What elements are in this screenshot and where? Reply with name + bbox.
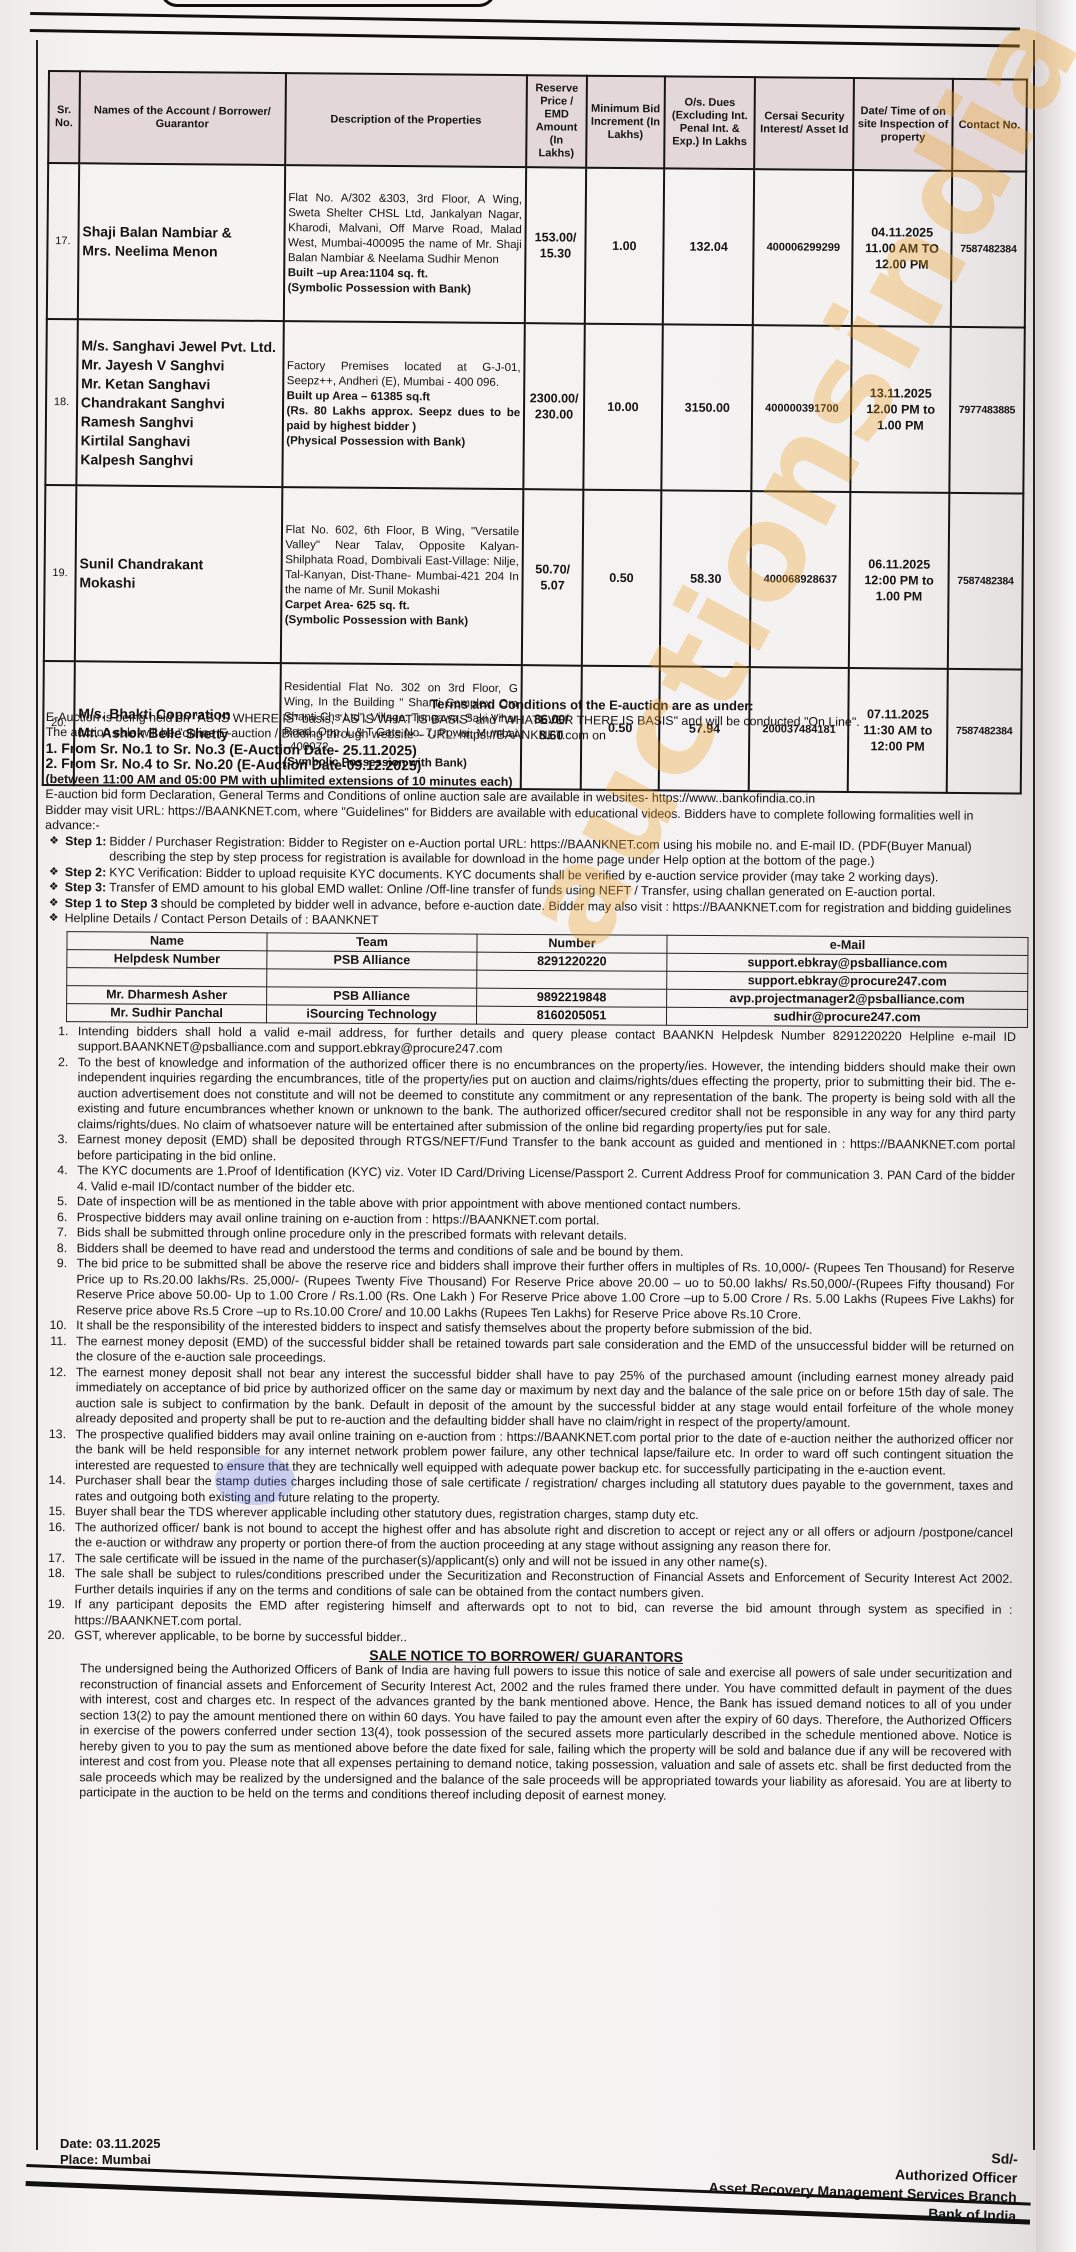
outstanding-dues: 58.30 (660, 490, 752, 667)
inspection-datetime: 13.11.2025 12.00 PM to 1.00 PM (851, 326, 951, 493)
property-detail: (Rs. 80 Lakhs approx. Seepz dues to be p… (286, 404, 520, 436)
borrower-names: Shaji Balan Nambiar &Mrs. Neelima Menon (78, 163, 285, 321)
property-description: Flat No. A/302 &303, 3rd Floor, A Wing, … (283, 165, 526, 323)
contact-number: 7587482384 (948, 493, 1024, 670)
page-edge-shadow (1036, 0, 1076, 2252)
notice-date: Date: 03.11.2025 (60, 2136, 160, 2152)
contact-number: 7587482384 (951, 171, 1026, 328)
property-detail: Built –up Area:1104 sq. ft. (288, 266, 522, 283)
col-header-sr: Sr. No. (48, 71, 80, 163)
property-description: Factory Premises located at G-J-01, Seep… (282, 321, 525, 489)
helpdesk-name: Mr. Sudhir Panchal (67, 1003, 267, 1022)
col-header-increment: Minimum Bid Increment (In Lakhs) (586, 76, 665, 169)
diamond-bullet-icon: ❖ (49, 880, 65, 896)
serial-number: 18. (45, 319, 77, 485)
contact-number: 7977483885 (949, 327, 1025, 494)
condition-item: The earnest money deposit (EMD) of the s… (70, 1334, 1014, 1371)
cersai-asset-id: 400068928637 (750, 491, 850, 668)
condition-item: The earnest money deposit shall not bear… (70, 1365, 1014, 1433)
serial-number: 17. (47, 163, 79, 319)
condition-item: The authorized officer/ bank is not boun… (69, 1520, 1013, 1557)
diamond-bullet-icon: ❖ (49, 911, 65, 927)
min-bid-increment: 10.00 (583, 324, 663, 491)
table-row: 19.Sunil ChandrakantMokashiFlat No. 602,… (44, 485, 1023, 670)
helpdesk-col-header: e-Mail (667, 935, 1028, 955)
property-description: Flat No. 602, 6th Floor, B Wing, "Versat… (280, 487, 523, 665)
reserve-price-emd: 50.70/ 5.07 (522, 489, 583, 666)
col-header-dues: O/s. Dues (Excluding Int. Penal Int. & E… (664, 76, 755, 169)
helpdesk-col-header: Team (267, 932, 477, 951)
helpdesk-number: 9892219848 (477, 988, 667, 1007)
helpdesk-table: NameTeamNumbere-MailHelpdesk NumberPSB A… (66, 931, 1029, 1028)
borrower-name: Kalpesh Sanghvi (80, 450, 278, 471)
helpdesk-name: Mr. Dharmesh Asher (67, 985, 267, 1004)
borrower-name: M/s. Sanghavi Jewel Pvt. Ltd. (81, 336, 279, 357)
helpdesk-number: 8160205051 (476, 1006, 666, 1025)
borrower-name: Mokashi (79, 573, 277, 594)
step-label: Step 1 to Step 3 (65, 896, 158, 912)
min-bid-increment: 0.50 (582, 490, 662, 667)
helpdesk-number: 8291220220 (477, 952, 667, 971)
borrower-names: M/s. Sanghavi Jewel Pvt. Ltd.Mr. Jayesh … (76, 319, 283, 487)
conditions-list: Intending bidders shall hold a valid e-m… (40, 1023, 1016, 1649)
cersai-asset-id: 400000391700 (752, 325, 852, 492)
min-bid-increment: 1.00 (585, 168, 665, 325)
diamond-bullet-icon: ❖ (49, 865, 65, 881)
property-detail: (Symbolic Possession with Bank) (285, 613, 519, 630)
table-header-row: Sr. No. Names of the Account / Borrower/… (48, 71, 1027, 172)
helpdesk-team: iSourcing Technology (266, 1004, 476, 1023)
inspection-datetime: 04.11.2025 11.00 AM TO 12.00 PM (852, 170, 952, 327)
borrower-name: Ramesh Sanghvi (81, 412, 279, 433)
outstanding-dues: 3150.00 (661, 324, 753, 491)
condition-item: The bid price to be submitted shall be a… (70, 1256, 1014, 1324)
diamond-bullet-icon: ❖ (49, 896, 65, 912)
helpdesk-name: Helpdesk Number (67, 949, 267, 968)
condition-item: To the best of knowledge and information… (71, 1055, 1015, 1138)
property-address: Flat No. 602, 6th Floor, B Wing, "Versat… (285, 524, 519, 597)
col-header-contact: Contact No. (952, 79, 1027, 172)
helpdesk-email[interactable]: support.ebkray@procure247.com (667, 971, 1028, 991)
helpdesk-email[interactable]: sudhir@procure247.com (666, 1007, 1027, 1027)
helpdesk-col-header: Number (477, 934, 667, 953)
property-detail: (Physical Possession with Bank) (286, 434, 520, 451)
condition-item: The prospective qualified bidders may av… (69, 1427, 1013, 1479)
footer-date-place: Date: 03.11.2025 Place: Mumbai (60, 2136, 160, 2168)
step-label: Step 3: (65, 880, 106, 896)
table-row: 18.M/s. Sanghavi Jewel Pvt. Ltd.Mr. Jaye… (45, 319, 1024, 494)
col-header-inspection: Date/ Time of on site Inspection of prop… (853, 78, 953, 171)
table-row: 17.Shaji Balan Nambiar &Mrs. Neelima Men… (47, 163, 1026, 328)
col-header-asset-id: Cersai Security Interest/ Asset Id (755, 77, 855, 170)
property-address: Factory Premises located at G-J-01, Seep… (287, 360, 521, 389)
top-border-tab (160, 0, 496, 7)
borrower-name: Sunil Chandrakant (79, 554, 277, 575)
helpdesk-team (267, 968, 477, 987)
helpdesk-col-header: Name (67, 931, 267, 950)
condition-item: Intending bidders shall hold a valid e-m… (72, 1024, 1016, 1061)
helpdesk-number (477, 970, 667, 989)
step-label: Step 2: (65, 865, 106, 881)
sale-notice-body: The undersigned being the Authorized Off… (39, 1661, 1012, 1806)
borrower-name: Kirtilal Sanghavi (81, 431, 279, 452)
property-detail: Carpet Area- 625 sq. ft. (285, 598, 519, 615)
borrower-name: Shaji Balan Nambiar & (82, 222, 280, 243)
inspection-datetime: 06.11.2025 12:00 PM to 1.00 PM (849, 492, 949, 669)
step-label: Step 1: (65, 834, 107, 865)
reserve-price-emd: 153.00/ 15.30 (525, 167, 586, 324)
borrower-names: Sunil ChandrakantMokashi (75, 485, 282, 663)
registration-steps: ❖Step 1:Bidder / Purchaser Registration:… (45, 833, 1018, 932)
borrower-name: Mr. Jayesh V Sanghvi (81, 355, 279, 376)
col-header-names: Names of the Account / Borrower/ Guarant… (79, 71, 285, 165)
helpdesk-team: PSB Alliance (267, 986, 477, 1005)
serial-number: 19. (44, 485, 76, 661)
helpdesk-name (67, 967, 267, 986)
borrower-name: Mr. Ketan Sanghavi (81, 374, 279, 395)
property-address: Flat No. A/302 &303, 3rd Floor, A Wing, … (288, 192, 522, 266)
diamond-bullet-icon: ❖ (49, 834, 65, 865)
outstanding-dues: 132.04 (663, 168, 755, 325)
borrower-name: Chandrakant Sanghvi (81, 393, 279, 414)
helpdesk-email[interactable]: avp.projectmanager2@psballiance.com (667, 989, 1028, 1009)
property-detail: (Symbolic Possession with Bank) (288, 281, 522, 298)
helpdesk-email[interactable]: support.ebkray@psballiance.com (667, 953, 1028, 973)
cersai-asset-id: 400006299299 (753, 169, 853, 326)
borrower-name: Mrs. Neelima Menon (82, 241, 280, 262)
reserve-price-emd: 2300.00/ 230.00 (524, 323, 585, 490)
property-auction-table: Sr. No. Names of the Account / Borrower/… (42, 70, 1028, 795)
col-header-description: Description of the Properties (285, 73, 527, 167)
helpdesk-team: PSB Alliance (267, 950, 477, 969)
col-header-reserve: Reserve Price / EMD Amount (In Lakhs) (526, 75, 586, 168)
terms-section: Terms and Conditions of the E-auction ar… (39, 694, 1018, 1806)
